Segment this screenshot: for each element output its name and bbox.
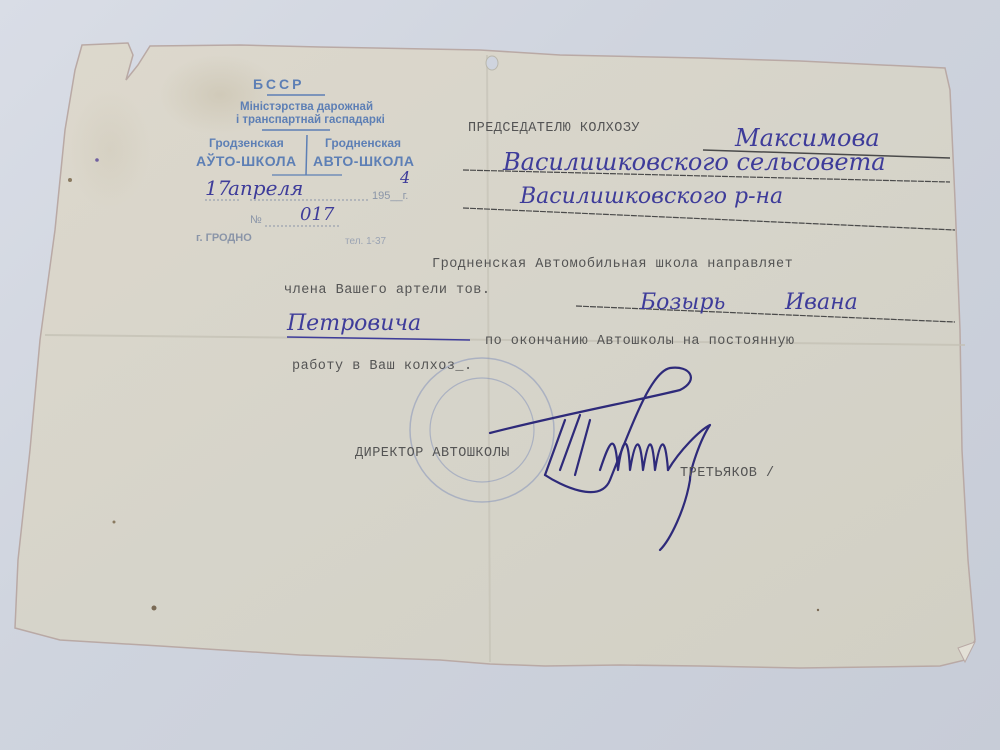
body-line-2: члена Вашего артели тов. [284,283,490,298]
body-line-4: работу в Ваш колхоз_. [292,359,473,374]
signature-name: ТРЕТЬЯКОВ / [680,466,775,481]
signature-title: ДИРЕКТОР АВТОШКОЛЫ [355,446,510,461]
document-sheet: БССР Міністэрства дарожнай і транспартна… [0,0,1000,750]
addressee-prefix: ПРЕДСЕДАТЕЛЮ КОЛХОЗУ [468,121,640,136]
typed-text: ПРЕДСЕДАТЕЛЮ КОЛХОЗУ Гродненская Автомоб… [0,0,1000,750]
body-line-3: по окончанию Автошколы на постоянную [485,334,795,349]
body-line-1: Гродненская Автомобильная школа направля… [432,257,793,272]
